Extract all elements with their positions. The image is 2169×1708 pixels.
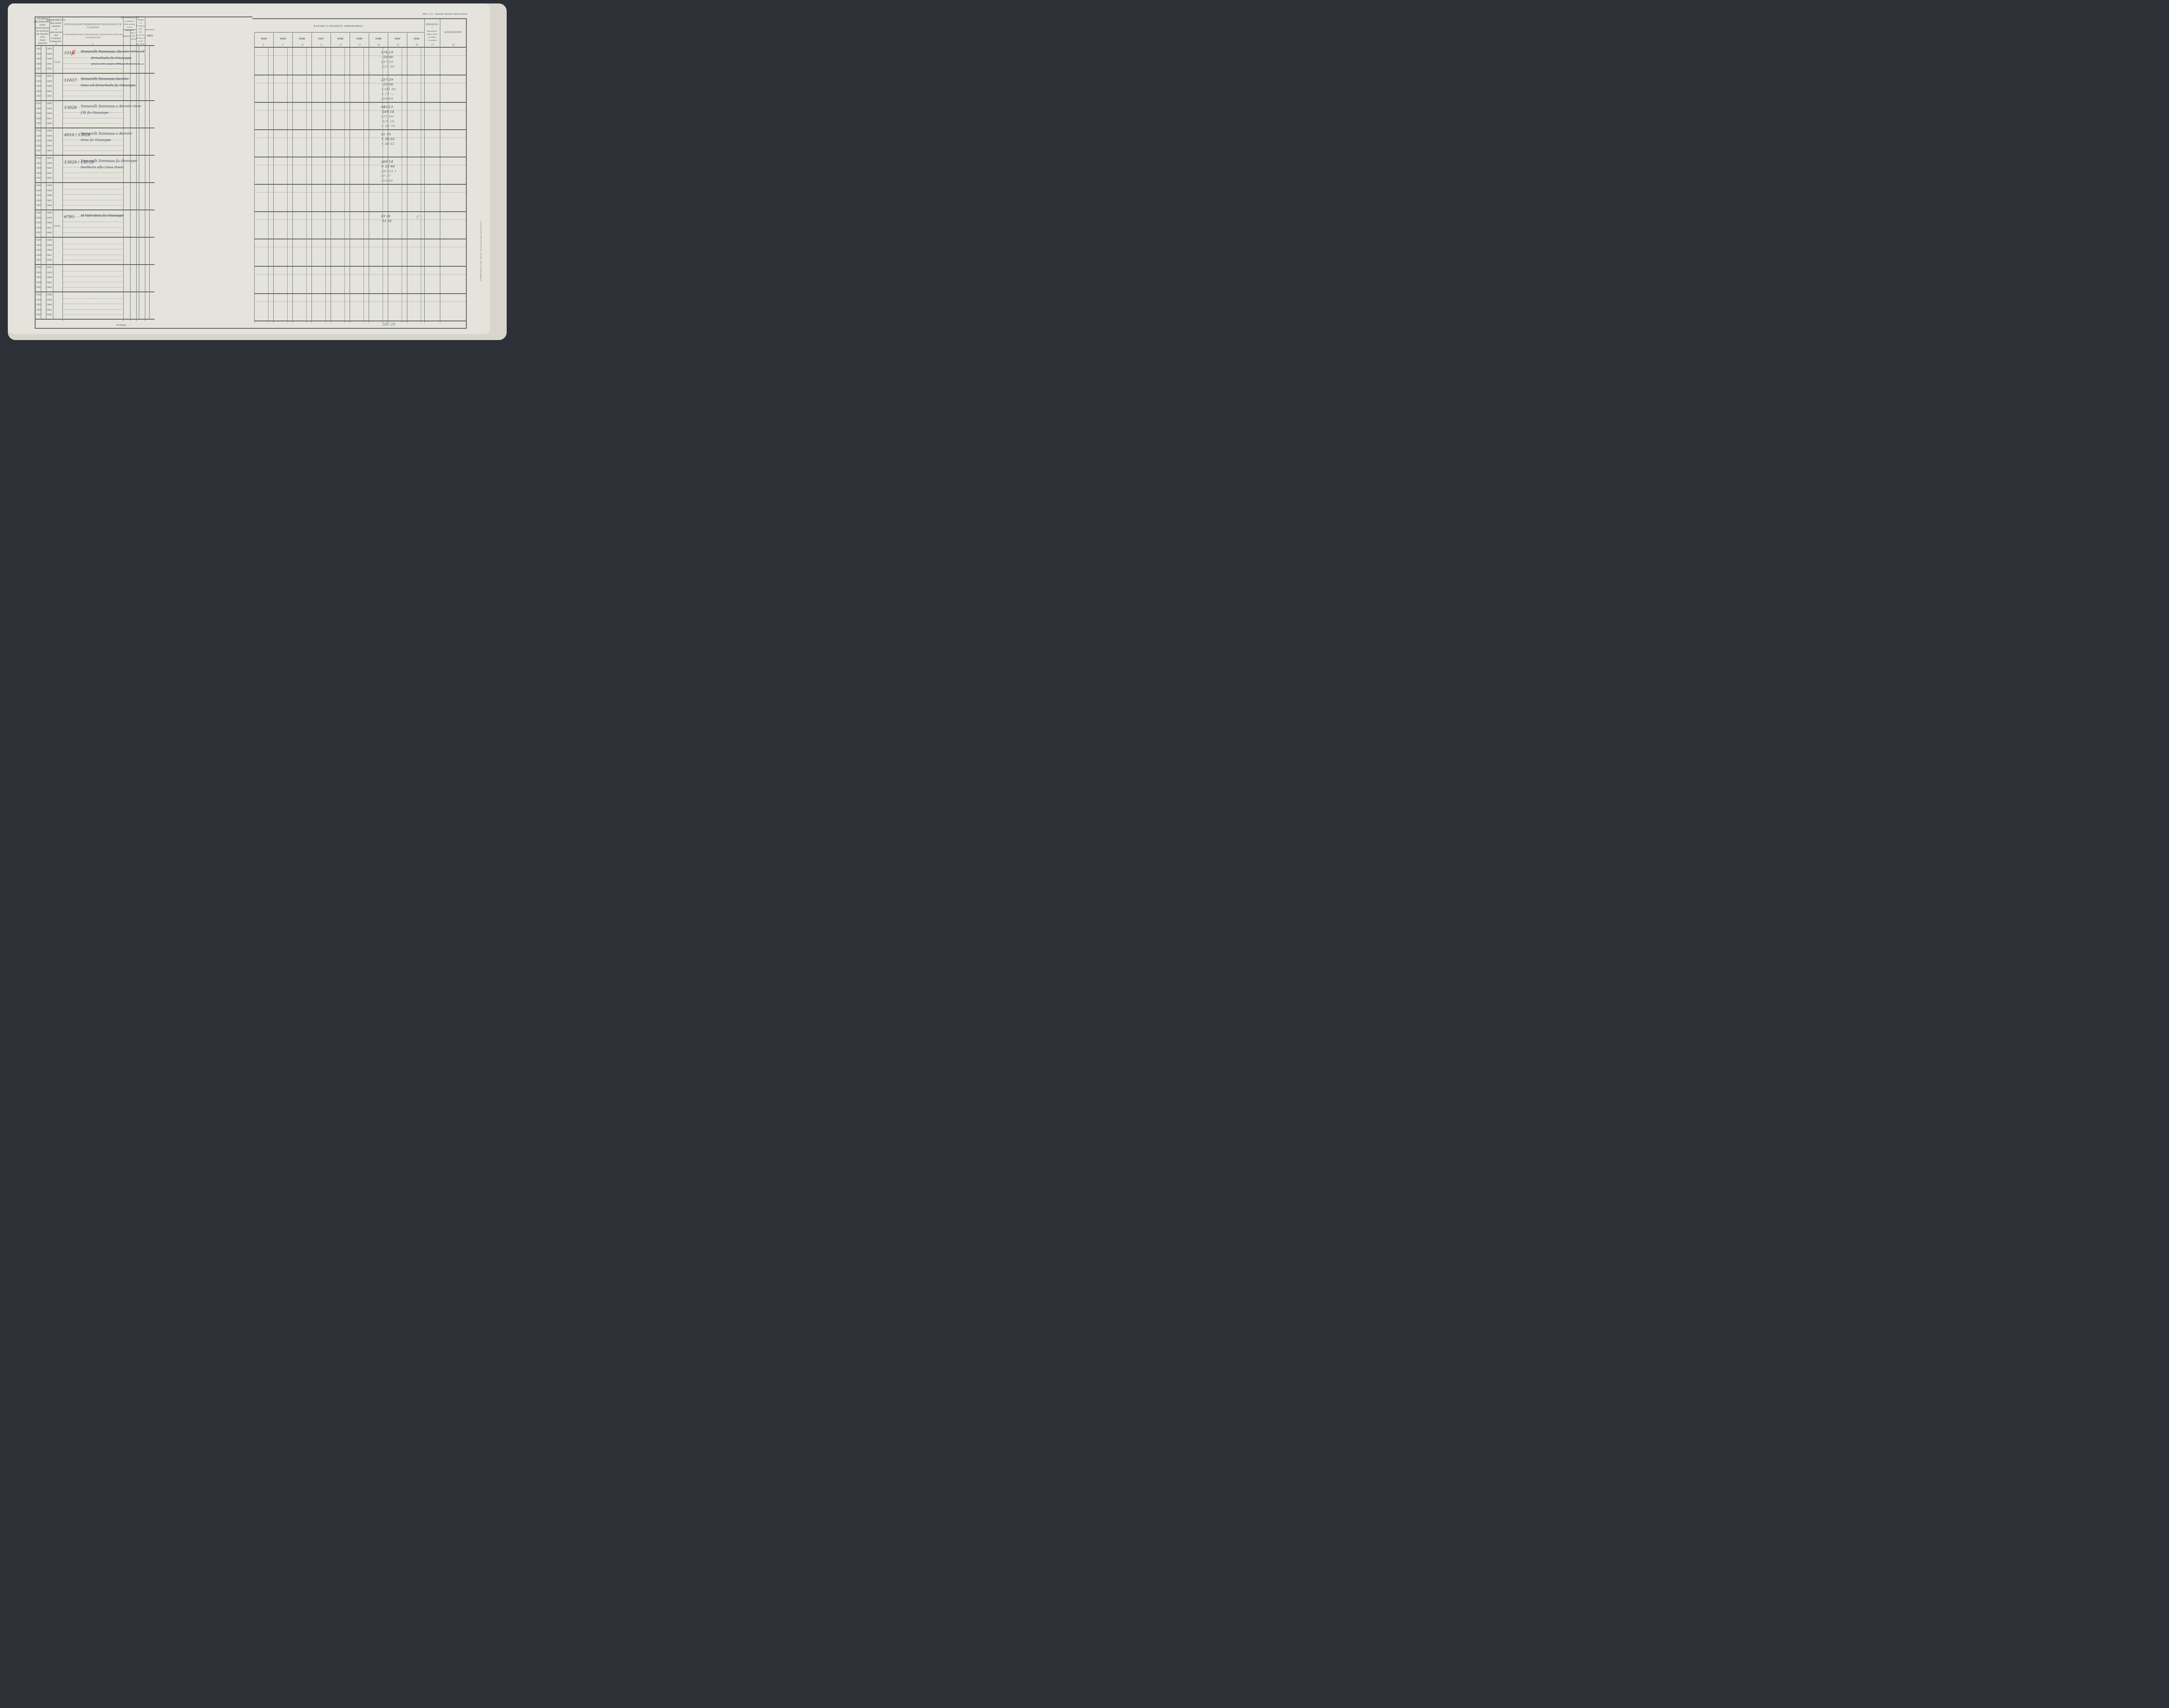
row-divider — [36, 237, 154, 238]
row-divider — [254, 184, 467, 185]
header-year: 1934 — [261, 37, 267, 40]
year-label: 1942 — [46, 286, 52, 289]
year-label: 1934 — [36, 272, 42, 274]
amount-1941: 292 03 + — [381, 169, 397, 173]
header-title: Estimi o Redditi — [136, 15, 145, 21]
year-label: 1942 — [46, 314, 52, 316]
side-reference-number: 3344 — [54, 61, 60, 64]
year-label: 1938 — [46, 130, 52, 132]
year-label: 1935 — [36, 222, 42, 224]
year-label: 1940 — [46, 222, 52, 224]
year-label: 1939 — [46, 244, 52, 247]
header-line: da riportarsi nei rispettivi ruoli — [36, 30, 49, 39]
year-label: 1941 — [46, 172, 52, 175]
amount-1941: - 16 90 — [381, 55, 393, 59]
header-title: ESENZIONI — [426, 23, 438, 26]
taxpayer-name-line: Ermelinda fu Giuseppe — [91, 56, 131, 60]
year-label: 1938 — [46, 294, 52, 296]
column-number: 9 — [282, 44, 283, 46]
row-divider — [254, 102, 467, 103]
year-label: 1936 — [36, 200, 42, 202]
year-label: 1933 — [36, 48, 42, 50]
amount-1941: -257 39 — [381, 65, 394, 69]
year-label: 1933 — [36, 212, 42, 214]
header-line: delle intestazioni — [36, 24, 49, 30]
year-label: 1933 — [36, 130, 42, 132]
year-label: 1939 — [46, 217, 52, 219]
taxpayer-name-line: id Valentino fu Giuseppe — [81, 213, 124, 217]
right-table-frame: ESTIMI O REDDITI IMPONIBILI 1934 8 1935 … — [252, 18, 467, 329]
year-label: 1934 — [36, 217, 42, 219]
column-number: 16 — [416, 44, 418, 46]
amount-1941: + 17 — — [381, 92, 394, 96]
year-label: 1937 — [36, 150, 42, 152]
year-label: 1935 — [36, 276, 42, 279]
year-label: 1936 — [36, 118, 42, 120]
left-table-frame: NUMERO PROGRESSIVO delle intestazioni da… — [35, 16, 260, 329]
year-label: 1939 — [46, 190, 52, 192]
row-divider — [254, 293, 467, 294]
amount-1941: +241 83 — [381, 87, 396, 91]
column-number: 11 — [320, 44, 323, 46]
header-title: ESTIMI O REDDITI IMPONIBILI — [314, 25, 363, 28]
amount-1941: + 16 62 — [381, 137, 395, 141]
row-divider — [254, 266, 467, 267]
year-label: 1936 — [36, 309, 42, 311]
year-label: 1935 — [36, 167, 42, 170]
year-label: 1937 — [36, 259, 42, 262]
year-label: 1933 — [36, 239, 42, 242]
year-label: 1939 — [46, 108, 52, 110]
amount-1941: 271 99 — [381, 115, 393, 118]
header-year: 1940 — [375, 37, 381, 40]
header-year: 1937 — [318, 37, 324, 40]
year-label: 1942 — [46, 177, 52, 180]
form-model-label: Mod. 111 - Imposte Dirette (Intercalare)… — [423, 13, 468, 16]
year-label: 1934 — [36, 299, 42, 301]
partita-number: 6793 — [64, 215, 74, 219]
annotation-mark: // — [416, 215, 419, 219]
header-line: al — [140, 21, 141, 24]
amount-1941: 257 39 — [381, 60, 393, 64]
header-line: 31 agosto 1931 — [136, 24, 145, 30]
year-label: 1940 — [46, 194, 52, 197]
taxpayer-name-line: livellario alla Casa Doria — [81, 165, 124, 169]
year-label: 1941 — [46, 145, 52, 147]
year-label: 1939 — [46, 135, 52, 137]
amount-1941: = 50 70 — [381, 124, 395, 128]
row-divider — [36, 209, 154, 210]
header-line: alla partita catastale — [49, 22, 62, 28]
header-riferimento: RIFERIMENTO alla partita catastale e ind… — [49, 19, 62, 43]
partita-number: 13028 — [64, 106, 77, 110]
year-label: 1935 — [36, 58, 42, 60]
year-label: 1941 — [46, 63, 52, 65]
header-year: 1933 — [147, 34, 153, 37]
year-label: 1933 — [36, 294, 42, 296]
column-number: 15 — [396, 44, 399, 46]
year-label: 1938 — [46, 102, 52, 105]
header-year-1938: 1938 — [331, 34, 350, 43]
amount-1941: 268 14 — [381, 160, 393, 164]
year-label: 1937 — [36, 122, 42, 125]
year-label: 1941 — [46, 309, 52, 311]
year-label: 1935 — [36, 194, 42, 197]
header-line: e indicazioni — [49, 28, 62, 34]
year-label: 1940 — [46, 58, 52, 60]
amount-1941: 329 60 — [381, 179, 393, 183]
header-year: 1939 — [356, 37, 362, 40]
year-label: 1933 — [36, 75, 42, 78]
amount-1941: - 15 56 — [381, 82, 393, 86]
taxpayer-name-line: Tomarelli Tommaso fu Giuseppe — [81, 159, 137, 163]
row-divider — [36, 264, 154, 265]
row-divider — [254, 157, 467, 157]
year-label: 1942 — [46, 204, 52, 207]
header-year-1933: 1933 — [145, 29, 154, 42]
amount-1941: = 49 41 — [381, 142, 395, 146]
year-label: 1934 — [36, 135, 42, 137]
column-number: 18 — [452, 44, 455, 46]
year-label: 1941 — [46, 254, 52, 257]
year-label: 1936 — [36, 145, 42, 147]
year-label: 1935 — [36, 249, 42, 252]
header-line: Comune censuario — [49, 37, 62, 43]
column-number: 8 — [263, 44, 264, 46]
row-divider — [36, 291, 154, 292]
year-label: 1940 — [46, 167, 52, 170]
row-divider — [254, 321, 467, 321]
header-line: di base ai ruoli — [136, 36, 145, 43]
year-label: 1941 — [46, 227, 52, 229]
row-divider — [36, 155, 154, 156]
year-label: 1933 — [36, 266, 42, 269]
header-line: degli estimi — [427, 33, 437, 36]
year-label: 1933 — [36, 157, 42, 160]
header-subtitle: E INDICAZIONE DELLA PROFESSIONE, RESIDEN… — [62, 33, 123, 39]
header-numero-progressivo: NUMERO PROGRESSIVO delle intestazioni da… — [36, 19, 49, 43]
header-year: 1941 — [394, 37, 400, 40]
taxpayer-name-line: f.lli fu Giuseppe - — [81, 111, 111, 115]
column-number: 14 — [377, 44, 380, 46]
red-cross-mark: ✗ — [70, 49, 77, 58]
taxpayer-name-line: Tomarelli Tommaso e Renato- — [81, 131, 133, 135]
year-label: 1940 — [46, 276, 52, 279]
header-line: sussidiari e delle partite — [123, 20, 136, 26]
year-label: 1936 — [36, 63, 42, 65]
year-label: 1938 — [46, 212, 52, 214]
year-label: 1940 — [46, 112, 52, 115]
amount-1941: -221 29 — [381, 119, 394, 123]
header-line: del — [54, 34, 58, 37]
header-year-1935: 1935 — [273, 34, 292, 43]
year-label: 1941 — [46, 281, 52, 284]
header-line: che servirono — [136, 30, 145, 36]
year-label: 1936 — [36, 227, 42, 229]
year-label: 1938 — [46, 184, 52, 187]
header-year: 1938 — [337, 37, 343, 40]
year-label: 1937 — [36, 95, 42, 98]
taxpayer-name-line: Gino fu Giuseppe — [81, 138, 111, 142]
year-label: 1938 — [46, 48, 52, 50]
row-divider — [36, 100, 154, 101]
header-year: 1936 — [299, 37, 305, 40]
year-label: 1939 — [46, 299, 52, 301]
taxpayer-name-line: propr. com. usuf. a Filippi Barbara fu .… — [91, 62, 144, 65]
header-year-1941: 1941 — [388, 34, 407, 43]
row-divider — [36, 319, 154, 320]
header-year: 1935 — [280, 37, 286, 40]
column-number: 12 — [339, 44, 342, 46]
year-label: 1942 — [46, 150, 52, 152]
amount-1941: 274 29 — [381, 50, 393, 54]
year-label: 1942 — [46, 122, 52, 125]
year-label: 1942 — [46, 68, 52, 70]
header-title: INTESTAZIONI NOMINATIVE RISULTANTI IN CA… — [62, 23, 123, 29]
header-esenzioni: ESENZIONI — Ammontare degli estimi o red… — [424, 21, 440, 44]
year-label: 1939 — [46, 53, 52, 56]
year-label: 1939 — [46, 272, 52, 274]
row-divider — [254, 239, 467, 239]
header-line: e scadenze — [427, 39, 437, 42]
year-label: 1937 — [36, 232, 42, 234]
header-year-1939: 1939 — [350, 34, 369, 43]
header-riferimenti-sussidiari: RIFERIMENTI sussidiari e delle partite s… — [123, 18, 136, 29]
year-label: 1942 — [46, 232, 52, 234]
year-label: 1935 — [36, 140, 42, 142]
header-year: 1942 — [413, 37, 419, 40]
amount-1941: + 23 89 — [381, 164, 395, 168]
sum-label: Somma . . . — [116, 324, 131, 327]
year-label: 1938 — [46, 239, 52, 242]
amount-1941: -15 91 — [381, 219, 392, 223]
year-label: 1936 — [36, 281, 42, 284]
year-label: 1934 — [36, 244, 42, 247]
year-label: 1937 — [36, 204, 42, 207]
year-label: 1933 — [36, 184, 42, 187]
amount-1941: 37 57 — [381, 174, 391, 178]
header-year-1942: 1942 — [407, 34, 426, 43]
year-label: 1938 — [46, 75, 52, 78]
year-label: 1940 — [46, 140, 52, 142]
year-label: 1937 — [36, 68, 42, 70]
year-label: 1937 — [36, 177, 42, 180]
taxpayer-name-line: Gino ed Ermelinda fu Giuseppe — [81, 83, 136, 87]
year-label: 1934 — [36, 53, 42, 56]
header-year-1934: 1934 — [254, 34, 273, 43]
year-label: 1938 — [46, 266, 52, 269]
side-reference-number: 3945 — [54, 225, 60, 228]
year-label: 1940 — [46, 85, 52, 88]
header-label: Specie della Imposta — [130, 32, 136, 41]
column-number: 13 — [358, 44, 361, 46]
total-1941: 290 20 — [382, 323, 396, 327]
header-year-1940: 1940 — [369, 34, 388, 43]
year-label: 1941 — [46, 118, 52, 120]
header-estimi-imponibili: ESTIMI O REDDITI IMPONIBILI — [252, 22, 424, 30]
year-label: 1941 — [46, 90, 52, 93]
year-label: 1936 — [36, 254, 42, 257]
year-label: 1936 — [36, 90, 42, 93]
year-label: 1934 — [36, 108, 42, 110]
amount-1941: 540 13 — [381, 105, 393, 109]
year-label: 1934 — [36, 162, 42, 165]
header-partite: PARTITE — [123, 30, 130, 42]
header-intestazioni: INTESTAZIONI NOMINATIVE RISULTANTI IN CA… — [62, 19, 123, 43]
taxpayer-name-line: Tomarelli Tommaso e Renato-Gino — [81, 104, 141, 108]
header-year-1937: 1937 — [311, 34, 331, 43]
amount-1941: 32 79 — [381, 132, 391, 136]
taxpayer-name-line: Tomarelli Tommaso Renato- — [81, 77, 130, 81]
year-label: 1935 — [36, 304, 42, 306]
year-label: 1940 — [46, 304, 52, 306]
partita-number: 11637 — [64, 79, 77, 83]
taxpayer-name-line: Tomarelli Tommaso, Renato-Gino ed — [81, 49, 144, 53]
header-title: ANNOTAZIONI — [444, 31, 461, 34]
year-label: 1942 — [46, 95, 52, 98]
printer-note: (4103681) Roma, 1931 - Anno X - Istituto… — [480, 221, 482, 281]
amount-1941: 15 91 — [381, 214, 391, 218]
amount-1941: -268 14 — [381, 110, 394, 114]
row-divider — [254, 129, 467, 130]
year-label: 1933 — [36, 102, 42, 105]
row-divider — [254, 211, 467, 212]
year-label: 1935 — [36, 85, 42, 88]
left-page: NUMERO PROGRESSIVO delle intestazioni da… — [8, 3, 252, 334]
column-number: 17 — [431, 44, 434, 46]
row-divider — [36, 182, 154, 183]
year-label: 1934 — [36, 80, 42, 83]
year-label: 1940 — [46, 249, 52, 252]
amount-1941: 257 39 — [381, 78, 393, 82]
row-divider — [254, 75, 467, 75]
header-dash: — — [431, 26, 433, 29]
year-label: 1938 — [46, 157, 52, 160]
year-label: 1941 — [46, 200, 52, 202]
amount-1941: 258 83 — [381, 97, 393, 101]
year-label: 1936 — [36, 172, 42, 175]
header-line: o redditi — [428, 36, 436, 39]
header-specie-imposta: Specie della Imposta — [130, 30, 136, 42]
right-page: Mod. 111 - Imposte Dirette (Intercalare)… — [252, 3, 490, 334]
column-number: 10 — [301, 44, 304, 46]
header-estimi-1931: Estimi o Redditi al 31 agosto 1931 che s… — [136, 18, 145, 43]
year-label: 1934 — [36, 190, 42, 192]
year-label: 1939 — [46, 80, 52, 83]
header-annotazioni: ANNOTAZIONI — [440, 21, 466, 44]
row-divider — [36, 128, 154, 128]
year-label: 1937 — [36, 314, 42, 316]
header-label: PARTITE — [123, 35, 131, 38]
year-label: 1942 — [46, 259, 52, 262]
year-label: 1935 — [36, 112, 42, 115]
header-line: Ammontare — [427, 29, 437, 33]
year-label: 1939 — [46, 162, 52, 165]
year-label: 1937 — [36, 286, 42, 289]
header-year-1936: 1936 — [292, 34, 311, 43]
row-divider — [36, 73, 154, 74]
